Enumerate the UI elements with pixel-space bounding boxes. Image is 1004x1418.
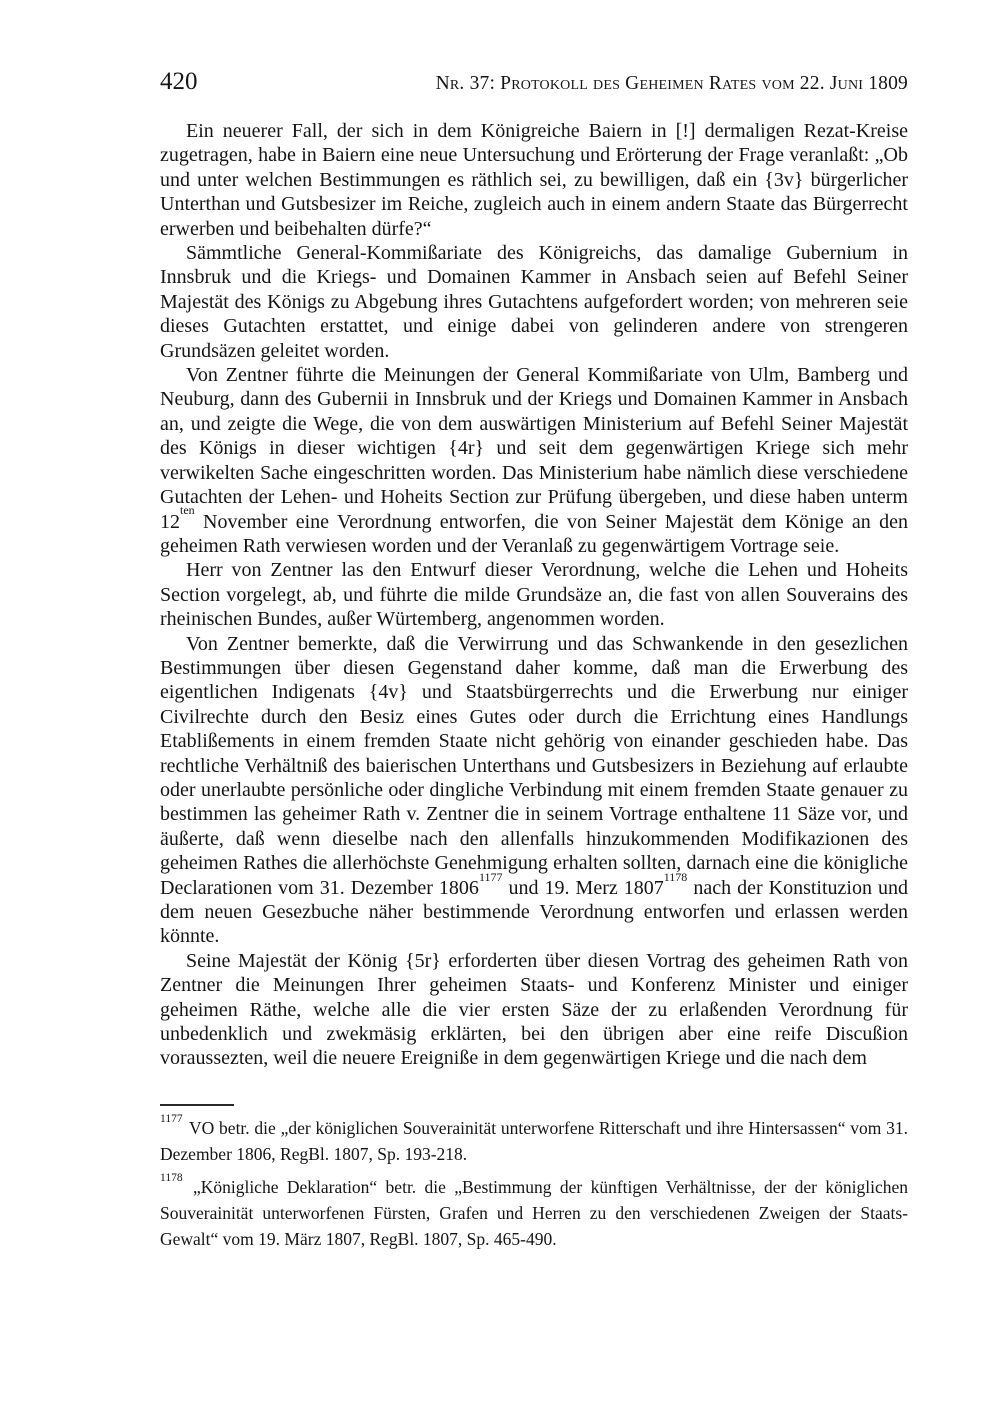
paragraph: Seine Majestät der König {5r} erforderte…: [160, 949, 908, 1071]
book-page: 420 Nr. 37: Protokoll des Geheimen Rates…: [0, 0, 1004, 1418]
footnote-marker: 1178: [160, 1172, 183, 1184]
footnote-marker: 1177: [160, 1113, 183, 1125]
paragraph: Von Zentner bemerkte, daß die Verwirrung…: [160, 632, 908, 949]
footnote-separator: [160, 1104, 234, 1106]
paragraph: Sämmtliche General-Kommißariate des Köni…: [160, 241, 908, 363]
superscript-reference: 1177: [479, 870, 503, 884]
paragraph: Herr von Zentner las den Entwurf dieser …: [160, 558, 908, 631]
paragraph: Ein neuerer Fall, der sich in dem Königr…: [160, 119, 908, 241]
footnote: 1178 „Königliche Deklaration“ betr. die …: [160, 1174, 908, 1252]
body-text: Ein neuerer Fall, der sich in dem Königr…: [160, 119, 908, 1071]
page-content: 420 Nr. 37: Protokoll des Geheimen Rates…: [160, 68, 908, 1259]
page-number: 420: [160, 68, 198, 96]
footnote: 1177 VO betr. die „der königlichen Souve…: [160, 1115, 908, 1167]
superscript-reference: 1178: [664, 870, 688, 884]
superscript-reference: ten: [180, 503, 195, 517]
running-title: Nr. 37: Protokoll des Geheimen Rates vom…: [436, 70, 908, 98]
paragraph: Von Zentner führte die Meinungen der Gen…: [160, 363, 908, 558]
page-header: 420 Nr. 37: Protokoll des Geheimen Rates…: [160, 68, 908, 98]
footnotes: 1177 VO betr. die „der königlichen Souve…: [160, 1115, 908, 1252]
